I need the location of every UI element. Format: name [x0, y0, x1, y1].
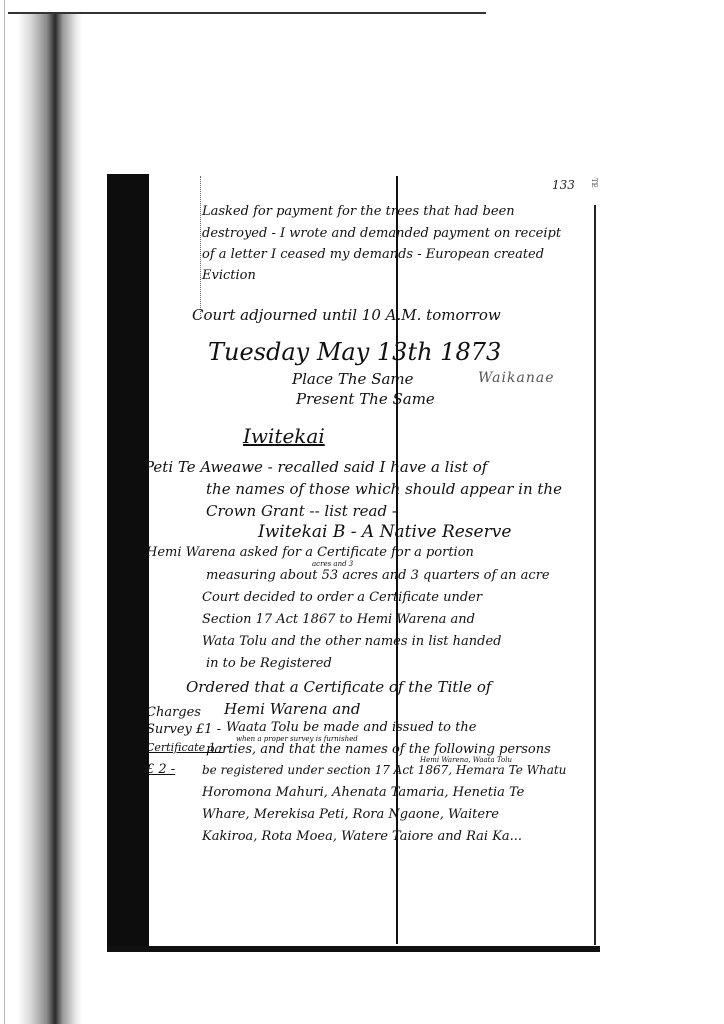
order-line: Whare, Merekisa Peti, Rora Ngaone, Waite…	[202, 807, 499, 822]
margin-stamp: TE	[590, 178, 598, 188]
text-line: destroyed - I wrote and demanded payment…	[202, 226, 561, 241]
book-gutter-shadow	[18, 14, 82, 1024]
testimony-line: the names of those which should appear i…	[206, 480, 562, 498]
margin-total: £ 2 -	[146, 762, 175, 777]
application-line: Hemi Warena asked for a Certificate for …	[146, 545, 474, 560]
place-line: Place The Same	[292, 370, 414, 388]
date-heading: Tuesday May 13th 1873	[208, 338, 501, 366]
application-line: Wata Tolu and the other names in list ha…	[202, 634, 502, 649]
page-bottom-edge	[107, 946, 600, 952]
order-line: Horomona Mahuri, Ahenata Tamaria, Heneti…	[202, 785, 524, 800]
text-line: Eviction	[202, 268, 256, 283]
application-line: measuring about 53 acres and 3 quarters …	[206, 568, 550, 583]
text-line: of a letter I ceased my demands - Europe…	[202, 247, 544, 262]
section-heading: Iwitekai	[243, 424, 325, 448]
order-line: Hemi Warena and	[224, 700, 360, 718]
text-line: Lasked for payment for the trees that ha…	[202, 204, 515, 219]
page-right-rule	[594, 205, 596, 945]
page-dark-margin	[107, 174, 149, 952]
order-line: Ordered that a Certificate of the Title …	[186, 678, 491, 696]
pencil-annotation: Waikanae	[478, 370, 554, 386]
present-line: Present The Same	[296, 390, 435, 408]
application-line: Court decided to order a Certificate und…	[202, 590, 482, 605]
interlinear-note: acres and 3	[312, 560, 353, 568]
order-line: parties, and that the names of the follo…	[206, 742, 551, 757]
margin-note: Survey £1 -	[146, 722, 221, 737]
subheading: Iwitekai B - A Native Reserve	[258, 522, 511, 542]
scan-edge-line	[4, 0, 5, 1024]
margin-note: Charges	[146, 705, 201, 720]
order-line: Waata Tolu be made and issued to the	[226, 720, 476, 735]
application-line: Section 17 Act 1867 to Hemi Warena and	[202, 612, 475, 627]
testimony-line: Peti Te Aweawe - recalled said I have a …	[144, 458, 487, 476]
margin-rule	[200, 176, 202, 316]
adjournment-line: Court adjourned until 10 A.M. tomorrow	[192, 306, 501, 324]
application-line: in to be Registered	[206, 656, 332, 671]
testimony-line: Crown Grant -- list read -	[206, 502, 397, 520]
page-number: 133	[552, 178, 575, 192]
order-line: be registered under section 17 Act 1867,…	[202, 763, 566, 777]
order-line: Kakiroa, Rota Moea, Watere Taiore and Ra…	[202, 829, 522, 844]
